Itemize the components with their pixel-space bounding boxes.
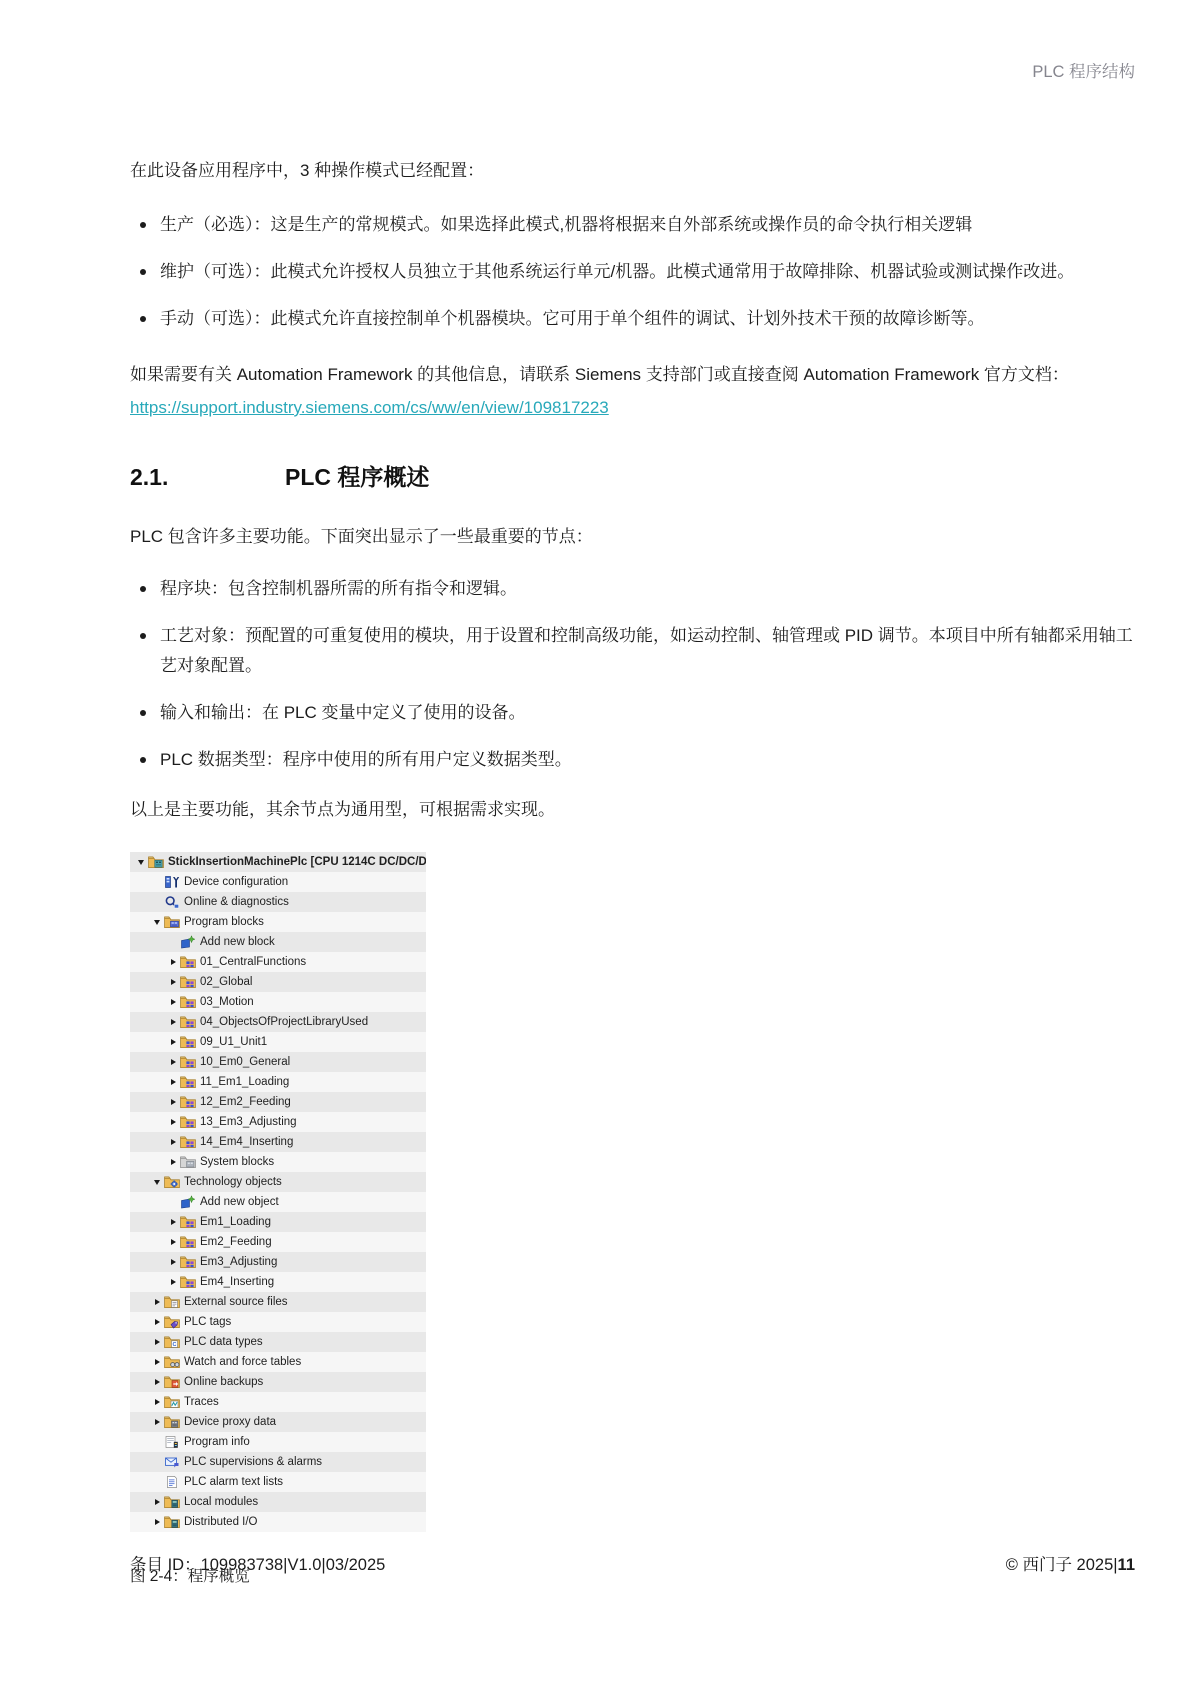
operation-modes-list: 生产（必选）：这是生产的常规模式。如果选择此模式,机器将根据来自外部系统或操作员… — [130, 210, 1135, 334]
tree-row[interactable]: Online backups — [130, 1372, 426, 1392]
triangle-right-icon[interactable] — [166, 959, 180, 965]
device-proxy-data-folder-icon — [164, 1415, 182, 1429]
tree-row[interactable]: 03_Motion — [130, 992, 426, 1012]
tree-node-label: StickInsertionMachinePlc [CPU 1214C DC/D… — [166, 856, 426, 868]
tree-node-label: Device proxy data — [182, 1416, 276, 1428]
tree-node-label: Program blocks — [182, 916, 264, 928]
page-footer: 条目 ID：109983738|V1.0|03/2025 © 西门子 2025|… — [130, 1551, 1135, 1575]
block-group-folder-icon — [180, 1275, 198, 1289]
list-item: 程序块：包含控制机器所需的所有指令和逻辑。 — [130, 574, 1135, 604]
tree-indent — [130, 1342, 150, 1343]
tree-indent — [130, 902, 150, 903]
add-new-object-icon — [180, 1195, 198, 1209]
tree-node-label: Local modules — [182, 1496, 258, 1508]
tree-row[interactable]: CPLC data types — [130, 1332, 426, 1352]
tree-indent — [130, 942, 166, 943]
tree-row[interactable]: Device configuration — [130, 872, 426, 892]
tree-indent — [130, 1182, 150, 1183]
tree-node-label: 04_ObjectsOfProjectLibraryUsed — [198, 1016, 368, 1028]
tree-row[interactable]: 01_CentralFunctions — [130, 952, 426, 972]
intro-paragraph: 在此设备应用程序中，3 种操作模式已经配置： — [130, 156, 1135, 186]
tree-row[interactable]: StickInsertionMachinePlc [CPU 1214C DC/D… — [130, 852, 426, 872]
tree-node-label: Em4_Inserting — [198, 1276, 274, 1288]
tree-node-label: PLC supervisions & alarms — [182, 1456, 322, 1468]
tree-node-label: 14_Em4_Inserting — [198, 1136, 293, 1148]
tree-indent — [130, 1422, 150, 1423]
triangle-right-icon[interactable] — [150, 1519, 164, 1525]
tree-indent — [130, 1082, 166, 1083]
footer-page-number: 11 — [1118, 1556, 1135, 1574]
tree-indent — [130, 982, 166, 983]
add-new-block-icon — [180, 935, 198, 949]
triangle-right-icon[interactable] — [150, 1399, 164, 1405]
triangle-right-icon[interactable] — [166, 1259, 180, 1265]
block-group-folder-icon — [180, 1115, 198, 1129]
page-header: PLC 程序结构 — [1032, 58, 1135, 82]
tree-indent — [130, 1142, 166, 1143]
traces-folder-icon — [164, 1395, 182, 1409]
section-number: 2.1. — [130, 462, 285, 492]
triangle-right-icon[interactable] — [166, 1039, 180, 1045]
triangle-right-icon[interactable] — [166, 1139, 180, 1145]
block-group-folder-icon — [180, 1215, 198, 1229]
tree-node-label: 03_Motion — [198, 996, 254, 1008]
triangle-right-icon[interactable] — [166, 1239, 180, 1245]
tree-row[interactable]: System blocks — [130, 1152, 426, 1172]
tree-indent — [130, 1402, 150, 1403]
triangle-right-icon[interactable] — [150, 1339, 164, 1345]
section-title: PLC 程序概述 — [285, 462, 429, 492]
block-group-folder-icon — [180, 975, 198, 989]
tree-indent — [130, 1362, 150, 1363]
triangle-down-icon[interactable] — [150, 1180, 164, 1185]
triangle-right-icon[interactable] — [150, 1319, 164, 1325]
tree-indent — [130, 922, 150, 923]
plc-station-folder-icon — [148, 855, 166, 869]
list-item: 手动（可选）：此模式允许直接控制单个机器模块。它可用于单个组件的调试、计划外技术… — [130, 304, 1135, 334]
tree-indent — [130, 1222, 166, 1223]
tree-indent — [130, 1262, 166, 1263]
tree-indent — [130, 1302, 150, 1303]
triangle-right-icon[interactable] — [150, 1499, 164, 1505]
tree-indent — [130, 1202, 166, 1203]
document-page: PLC 程序结构 在此设备应用程序中，3 种操作模式已经配置： 生产（必选）：这… — [0, 0, 1190, 1683]
support-link[interactable]: https://support.industry.siemens.com/cs/… — [130, 398, 609, 417]
tree-indent — [130, 1022, 166, 1023]
tree-node-label: External source files — [182, 1296, 288, 1308]
external-source-files-folder-icon — [164, 1295, 182, 1309]
tree-row[interactable]: 13_Em3_Adjusting — [130, 1112, 426, 1132]
page-content: 在此设备应用程序中，3 种操作模式已经配置： 生产（必选）：这是生产的常规模式。… — [130, 156, 1135, 1592]
list-item: PLC 数据类型：程序中使用的所有用户定义数据类型。 — [130, 745, 1135, 775]
program-info-icon — [164, 1435, 182, 1449]
tree-node-label: Distributed I/O — [182, 1516, 258, 1528]
tree-row[interactable]: Program blocks — [130, 912, 426, 932]
triangle-right-icon[interactable] — [166, 1099, 180, 1105]
tree-node-label: 09_U1_Unit1 — [198, 1036, 267, 1048]
triangle-right-icon[interactable] — [166, 1279, 180, 1285]
tree-indent — [130, 1102, 166, 1103]
tree-row[interactable]: 11_Em1_Loading — [130, 1072, 426, 1092]
tree-node-label: Em2_Feeding — [198, 1236, 272, 1248]
tree-indent — [130, 1042, 166, 1043]
tree-indent — [130, 1382, 150, 1383]
section-intro-paragraph: PLC 包含许多主要功能。下面突出显示了一些最重要的节点： — [130, 522, 1135, 552]
list-item: 工艺对象：预配置的可重复使用的模块，用于设置和控制高级功能，如运动控制、轴管理或… — [130, 621, 1135, 681]
tree-indent — [130, 1062, 166, 1063]
tree-row[interactable]: Em4_Inserting — [130, 1272, 426, 1292]
block-group-folder-icon — [180, 1075, 198, 1089]
tree-node-label: Online & diagnostics — [182, 896, 289, 908]
tree-node-label: 02_Global — [198, 976, 252, 988]
triangle-right-icon[interactable] — [150, 1359, 164, 1365]
svg-text:C: C — [173, 1342, 177, 1348]
tree-node-label: Add new object — [198, 1196, 279, 1208]
triangle-right-icon[interactable] — [166, 979, 180, 985]
section-heading: 2.1. PLC 程序概述 — [130, 462, 1135, 492]
tree-node-label: 13_Em3_Adjusting — [198, 1116, 297, 1128]
section-outro-paragraph: 以上是主要功能，其余节点为通用型，可根据需求实现。 — [130, 795, 1135, 825]
tree-node-label: System blocks — [198, 1156, 274, 1168]
triangle-right-icon[interactable] — [150, 1419, 164, 1425]
contact-paragraph: 如果需要有关 Automation Framework 的其他信息，请联系 Si… — [130, 358, 1135, 424]
tree-row[interactable]: Program info — [130, 1432, 426, 1452]
plc-data-types-folder-icon: C — [164, 1335, 182, 1349]
online-diagnostics-icon — [164, 895, 182, 909]
plc-tags-folder-icon — [164, 1315, 182, 1329]
list-item: 维护（可选）：此模式允许授权人员独立于其他系统运行单元/机器。此模式通常用于故障… — [130, 257, 1135, 287]
tree-node-label: Technology objects — [182, 1176, 282, 1188]
triangle-right-icon[interactable] — [166, 1119, 180, 1125]
tree-row[interactable]: 10_Em0_General — [130, 1052, 426, 1072]
block-group-folder-icon — [180, 1035, 198, 1049]
tree-node-label: Online backups — [182, 1376, 263, 1388]
tree-node-label: Em3_Adjusting — [198, 1256, 277, 1268]
tree-indent — [130, 1122, 166, 1123]
triangle-right-icon[interactable] — [166, 1019, 180, 1025]
tree-row[interactable]: 04_ObjectsOfProjectLibraryUsed — [130, 1012, 426, 1032]
triangle-right-icon[interactable] — [150, 1299, 164, 1305]
tree-row[interactable]: 14_Em4_Inserting — [130, 1132, 426, 1152]
tree-indent — [130, 882, 150, 883]
tree-indent — [130, 1282, 166, 1283]
tree-node-label: 12_Em2_Feeding — [198, 1096, 291, 1108]
tree-indent — [130, 1442, 150, 1443]
block-group-folder-icon — [180, 995, 198, 1009]
tree-indent — [130, 1502, 150, 1503]
block-group-folder-icon — [180, 1255, 198, 1269]
tree-row[interactable]: External source files — [130, 1292, 426, 1312]
triangle-right-icon[interactable] — [166, 1079, 180, 1085]
footer-entry-id: 条目 ID：109983738|V1.0|03/2025 — [130, 1551, 385, 1575]
tree-row[interactable]: Em3_Adjusting — [130, 1252, 426, 1272]
tree-node-label: PLC tags — [182, 1316, 231, 1328]
tree-row[interactable]: 12_Em2_Feeding — [130, 1092, 426, 1112]
tree-row[interactable]: PLC alarm text lists — [130, 1472, 426, 1492]
tree-node-label: Program info — [182, 1436, 250, 1448]
plc-features-list: 程序块：包含控制机器所需的所有指令和逻辑。 工艺对象：预配置的可重复使用的模块，… — [130, 574, 1135, 775]
tree-row[interactable]: Distributed I/O — [130, 1512, 426, 1532]
tree-indent — [130, 1482, 150, 1483]
block-group-folder-icon — [180, 1015, 198, 1029]
tree-indent — [130, 962, 166, 963]
block-group-folder-icon — [180, 1055, 198, 1069]
tree-row[interactable]: PLC tags — [130, 1312, 426, 1332]
triangle-down-icon[interactable] — [134, 860, 148, 865]
tree-indent — [130, 1242, 166, 1243]
tree-node-label: Watch and force tables — [182, 1356, 301, 1368]
tree-row[interactable]: Em1_Loading — [130, 1212, 426, 1232]
triangle-right-icon[interactable] — [166, 1219, 180, 1225]
list-item: 输入和输出：在 PLC 变量中定义了使用的设备。 — [130, 698, 1135, 728]
tree-row[interactable]: 02_Global — [130, 972, 426, 992]
header-title: PLC 程序结构 — [1032, 63, 1135, 81]
tree-row[interactable]: Local modules — [130, 1492, 426, 1512]
triangle-right-icon[interactable] — [150, 1379, 164, 1385]
footer-copyright: © 西门子 2025|11 — [1006, 1551, 1135, 1575]
tree-node-label: 10_Em0_General — [198, 1056, 290, 1068]
block-group-folder-icon — [180, 955, 198, 969]
tree-row[interactable]: Add new object — [130, 1192, 426, 1212]
tree-node-label: Device configuration — [182, 876, 288, 888]
tree-node-label: 01_CentralFunctions — [198, 956, 306, 968]
tree-node-label: Add new block — [198, 936, 275, 948]
plc-alarm-text-lists-icon — [164, 1475, 182, 1489]
tree-indent — [130, 1462, 150, 1463]
device-configuration-icon — [164, 875, 182, 889]
system-blocks-folder-icon — [180, 1155, 198, 1169]
footer-copyright-text: © 西门子 2025| — [1006, 1556, 1118, 1574]
tree-row[interactable]: Online & diagnostics — [130, 892, 426, 912]
list-item: 生产（必选）：这是生产的常规模式。如果选择此模式,机器将根据来自外部系统或操作员… — [130, 210, 1135, 240]
tree-node-label: PLC alarm text lists — [182, 1476, 283, 1488]
block-group-folder-icon — [180, 1095, 198, 1109]
tree-row[interactable]: Technology objects — [130, 1172, 426, 1192]
triangle-right-icon[interactable] — [166, 1159, 180, 1165]
plc-supervisions-alarms-icon — [164, 1455, 182, 1469]
contact-text: 如果需要有关 Automation Framework 的其他信息，请联系 Si… — [130, 365, 1069, 384]
local-modules-folder-icon — [164, 1495, 182, 1509]
tree-row[interactable]: Em2_Feeding — [130, 1232, 426, 1252]
tree-row[interactable]: Watch and force tables — [130, 1352, 426, 1372]
tree-indent — [130, 1522, 150, 1523]
tree-row[interactable]: 09_U1_Unit1 — [130, 1032, 426, 1052]
block-group-folder-icon — [180, 1235, 198, 1249]
triangle-right-icon[interactable] — [166, 999, 180, 1005]
triangle-right-icon[interactable] — [166, 1059, 180, 1065]
tree-row[interactable]: Device proxy data — [130, 1412, 426, 1432]
tree-node-label: Em1_Loading — [198, 1216, 271, 1228]
tree-row[interactable]: Add new block — [130, 932, 426, 952]
block-group-folder-icon — [180, 1135, 198, 1149]
technology-objects-folder-icon — [164, 1175, 182, 1189]
tree-node-label: Traces — [182, 1396, 219, 1408]
program-blocks-folder-icon — [164, 915, 182, 929]
tree-indent — [130, 1322, 150, 1323]
tree-row[interactable]: Traces — [130, 1392, 426, 1412]
triangle-down-icon[interactable] — [150, 920, 164, 925]
distributed-io-folder-icon — [164, 1515, 182, 1529]
tree-row[interactable]: PLC supervisions & alarms — [130, 1452, 426, 1472]
tree-indent — [130, 1002, 166, 1003]
online-backups-folder-icon — [164, 1375, 182, 1389]
tree-node-label: PLC data types — [182, 1336, 263, 1348]
watch-force-tables-folder-icon — [164, 1355, 182, 1369]
project-tree: StickInsertionMachinePlc [CPU 1214C DC/D… — [130, 852, 426, 1532]
tree-node-label: 11_Em1_Loading — [198, 1076, 289, 1088]
tree-indent — [130, 1162, 166, 1163]
